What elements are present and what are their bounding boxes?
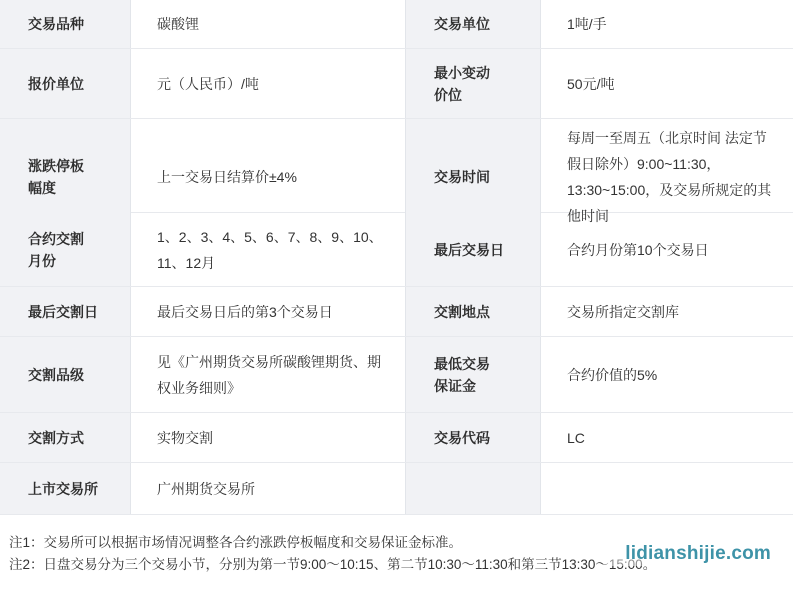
spec-value-cell: 1、2、3、4、5、6、7、8、9、10、11、12月 xyxy=(130,213,405,286)
table-row: 上市交易所 广州期货交易所 xyxy=(0,463,793,515)
spec-value-cell: 最后交易日后的第3个交易日 xyxy=(130,287,405,336)
spec-label-cell xyxy=(405,463,540,514)
spec-label-cell: 交易代码 xyxy=(405,413,540,462)
contract-spec-page: 交易品种 碳酸锂 交易单位 1吨/手 报价单位 元（人民币）/吨 最小变动 价位… xyxy=(0,0,793,589)
spec-value-cell xyxy=(540,463,793,514)
spec-label-cell: 上市交易所 xyxy=(0,463,130,514)
spec-value-cell: 50元/吨 xyxy=(540,49,793,118)
spec-label-cell: 报价单位 xyxy=(0,49,130,118)
spec-value-cell: 合约价值的5% xyxy=(540,337,793,412)
table-row: 交割品级 见《广州期货交易所碳酸锂期货、期权业务细则》 最低交易 保证金 合约价… xyxy=(0,337,793,413)
spec-value-cell: 1吨/手 xyxy=(540,0,793,48)
spec-value-cell: 合约月份第10个交易日 xyxy=(540,213,793,286)
spec-label-cell: 交割地点 xyxy=(405,287,540,336)
spec-value-cell: 交易所指定交割库 xyxy=(540,287,793,336)
spec-value-cell: 广州期货交易所 xyxy=(130,463,405,514)
spec-label-cell: 交割品级 xyxy=(0,337,130,412)
spec-value-cell: 实物交割 xyxy=(130,413,405,462)
note-2: 注2：日盘交易分为三个交易小节，分别为第一节9:00～10:15、第二节10:3… xyxy=(9,554,783,576)
table-row: 交割方式 实物交割 交易代码 LC xyxy=(0,413,793,463)
contract-spec-table: 交易品种 碳酸锂 交易单位 1吨/手 报价单位 元（人民币）/吨 最小变动 价位… xyxy=(0,0,793,515)
table-row: 涨跌停板 幅度 上一交易日结算价±4% 交易时间 每周一至周五（北京时间 法定节… xyxy=(0,119,793,213)
spec-label-cell: 最后交易日 xyxy=(405,213,540,286)
spec-label-cell: 最小变动 价位 xyxy=(405,49,540,118)
spec-label-cell: 最后交割日 xyxy=(0,287,130,336)
spec-value-cell: 碳酸锂 xyxy=(130,0,405,48)
table-row: 最后交割日 最后交易日后的第3个交易日 交割地点 交易所指定交割库 xyxy=(0,287,793,337)
table-row: 交易品种 碳酸锂 交易单位 1吨/手 xyxy=(0,0,793,49)
spec-label-cell: 交易品种 xyxy=(0,0,130,48)
spec-label-cell: 交易单位 xyxy=(405,0,540,48)
footnotes: 注1：交易所可以根据市场情况调整各合约涨跌停板幅度和交易保证金标准。 注2：日盘… xyxy=(0,515,793,575)
spec-value-cell: LC xyxy=(540,413,793,462)
table-row: 报价单位 元（人民币）/吨 最小变动 价位 50元/吨 xyxy=(0,49,793,119)
spec-value-cell: 元（人民币）/吨 xyxy=(130,49,405,118)
table-row: 合约交割 月份 1、2、3、4、5、6、7、8、9、10、11、12月 最后交易… xyxy=(0,213,793,287)
spec-value-cell: 见《广州期货交易所碳酸锂期货、期权业务细则》 xyxy=(130,337,405,412)
spec-label-cell: 最低交易 保证金 xyxy=(405,337,540,412)
spec-label-cell: 合约交割 月份 xyxy=(0,213,130,286)
note-1: 注1：交易所可以根据市场情况调整各合约涨跌停板幅度和交易保证金标准。 xyxy=(9,532,783,554)
spec-label-cell: 交割方式 xyxy=(0,413,130,462)
